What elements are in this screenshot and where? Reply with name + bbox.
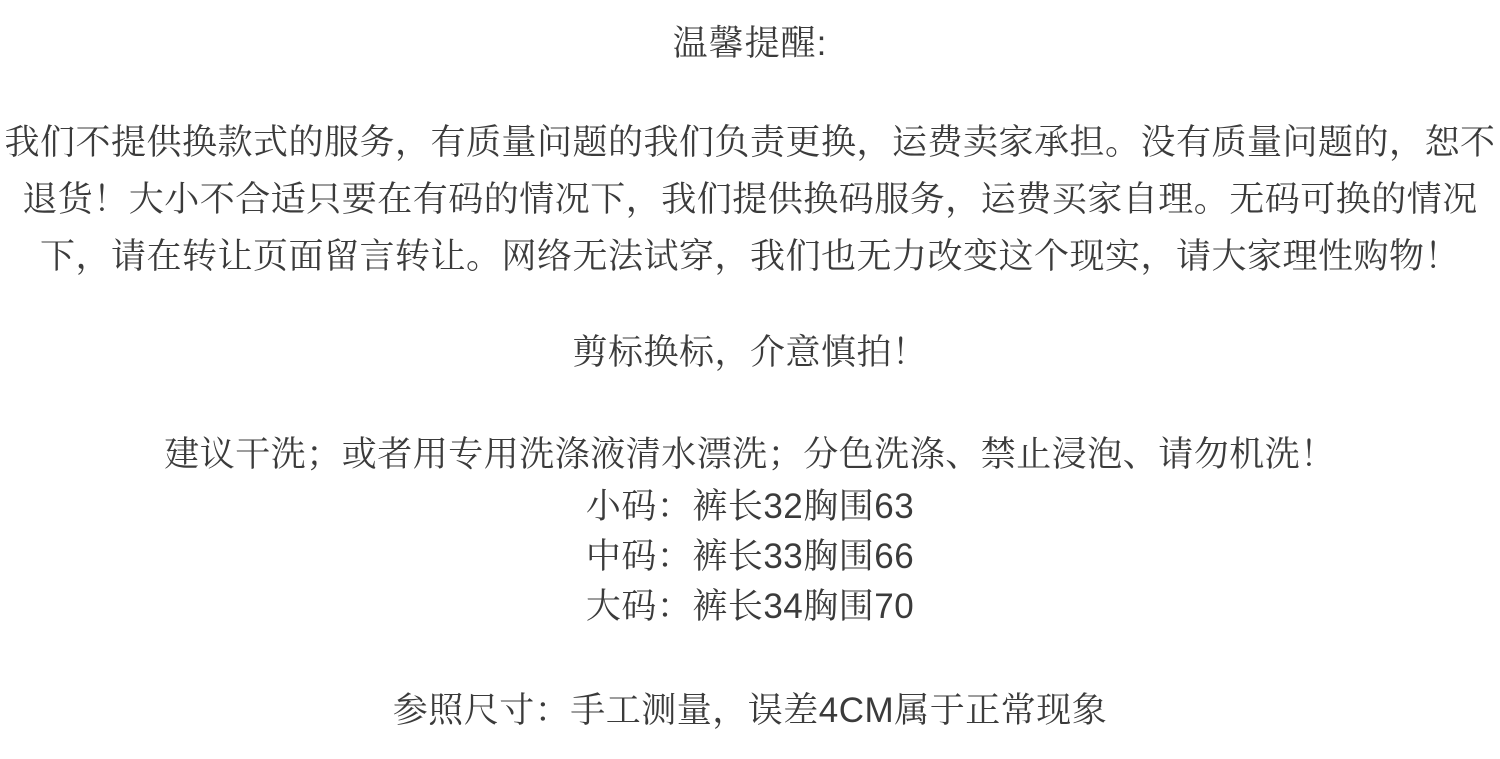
exchange-policy-paragraph: 我们不提供换款式的服务，有质量问题的我们负责更换，运费卖家承担。没有质量问题的，… (0, 114, 1500, 285)
measurement-tolerance-note: 参照尺寸：手工测量，误差4CM属于正常现象 (0, 689, 1500, 733)
size-row-medium: 中码：裤长33胸围66 (0, 535, 1500, 579)
cut-label-warning: 剪标换标，介意慎拍！ (0, 331, 1500, 375)
size-row-large: 大码：裤长34胸围70 (0, 585, 1500, 629)
washing-instructions: 建议干洗；或者用专用洗涤液清水漂洗；分色洗涤、禁止浸泡、请勿机洗！ (0, 433, 1500, 477)
notice-title: 温馨提醒: (0, 24, 1500, 64)
product-notice-page: 温馨提醒: 我们不提供换款式的服务，有质量问题的我们负责更换，运费卖家承担。没有… (0, 0, 1500, 733)
size-row-small: 小码：裤长32胸围63 (0, 485, 1500, 529)
